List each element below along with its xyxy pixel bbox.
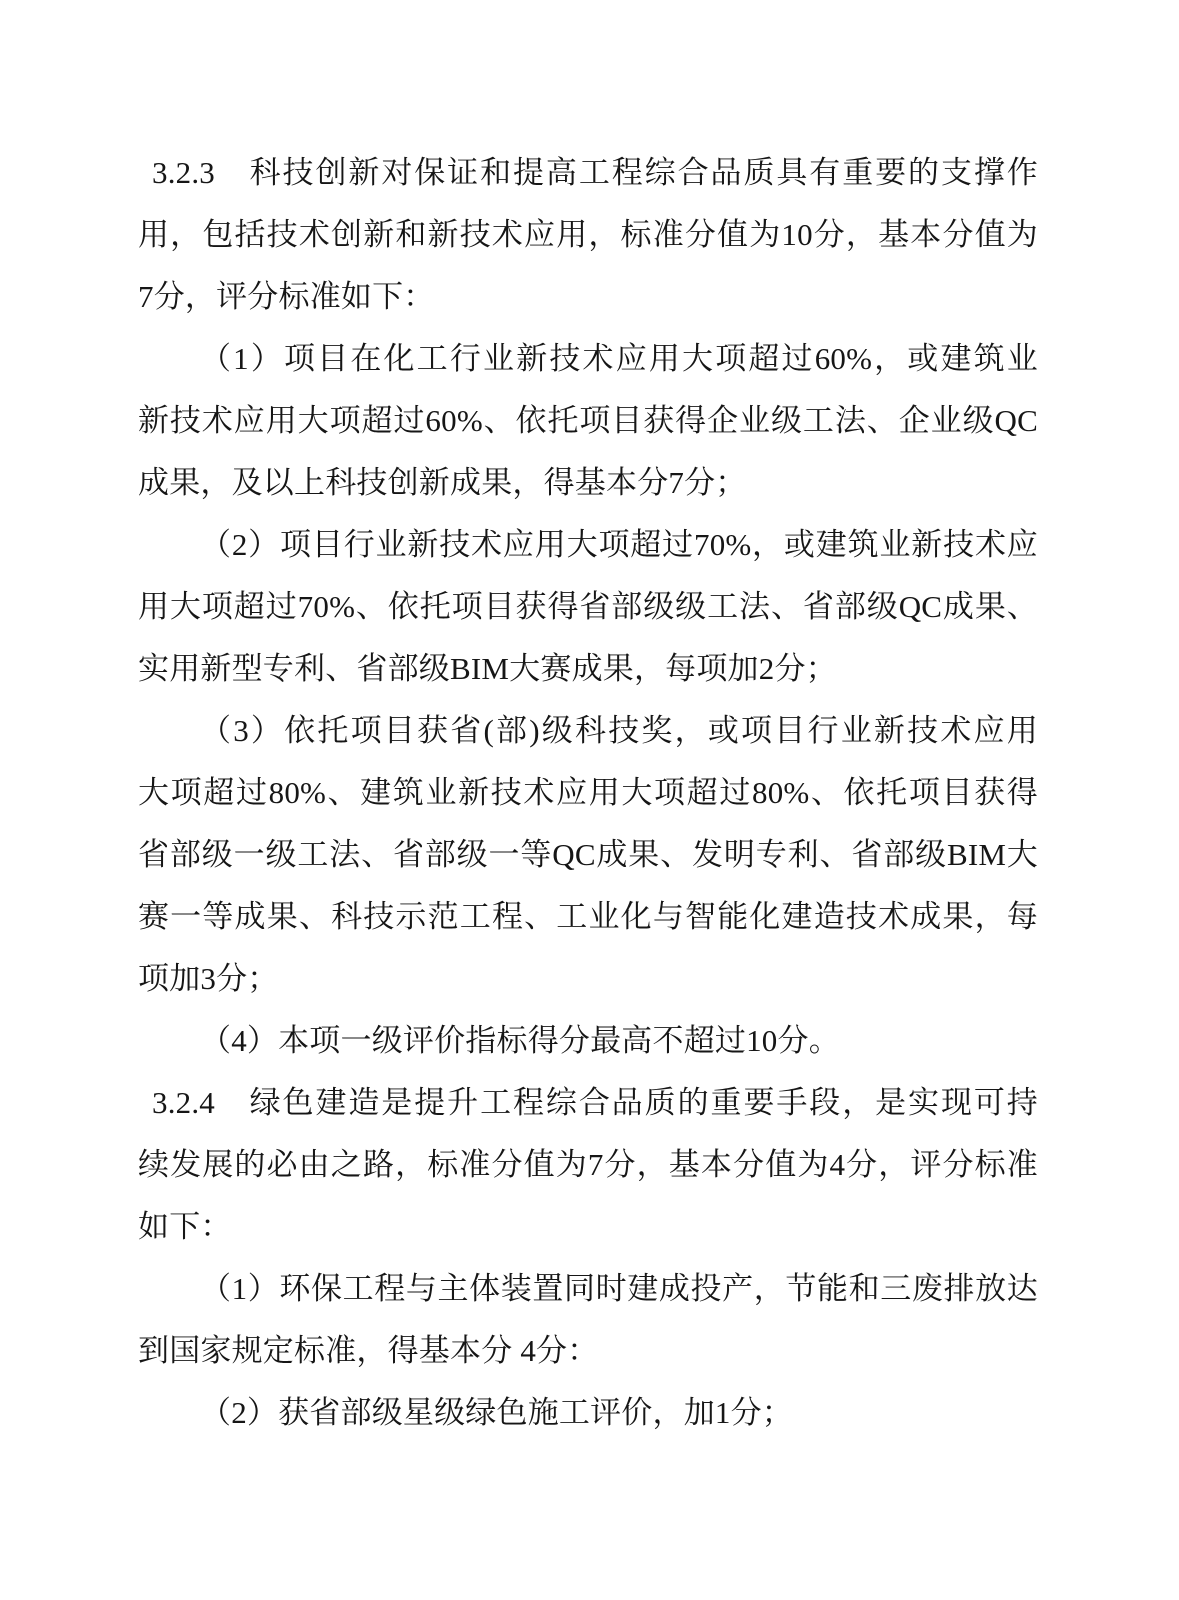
para-3-2-3-item-2: （2）项目行业新技术应用大项超过70%，或建筑业新技术应用大项超过70%、依托项… <box>138 514 1038 700</box>
text-line: 用，包括技术创新和新技术应用，标准分值为10分，基本分值为 <box>138 204 1038 266</box>
text-line: 续发展的必由之路，标准分值为7分，基本分值为4分，评分标准 <box>138 1134 1038 1196</box>
text-line: （1）项目在化工行业新技术应用大项超过60%，或建筑业 <box>138 328 1038 390</box>
para-3-2-3-item-3: （3）依托项目获省(部)级科技奖，或项目行业新技术应用大项超过80%、建筑业新技… <box>138 700 1038 1010</box>
text-line: （3）依托项目获省(部)级科技奖，或项目行业新技术应用 <box>138 700 1038 762</box>
document-page: 3.2.3 科技创新对保证和提高工程综合品质具有重要的支撑作用，包括技术创新和新… <box>0 0 1179 1600</box>
text-line: 省部级一级工法、省部级一等QC成果、发明专利、省部级BIM大 <box>138 824 1038 886</box>
document-body: 3.2.3 科技创新对保证和提高工程综合品质具有重要的支撑作用，包括技术创新和新… <box>138 142 1038 1444</box>
para-3-2-4: 3.2.4 绿色建造是提升工程综合品质的重要手段，是实现可持续发展的必由之路，标… <box>138 1072 1038 1258</box>
text-line: 3.2.4 绿色建造是提升工程综合品质的重要手段，是实现可持 <box>138 1072 1038 1134</box>
text-line: 大项超过80%、建筑业新技术应用大项超过80%、依托项目获得 <box>138 762 1038 824</box>
text-line: 3.2.3 科技创新对保证和提高工程综合品质具有重要的支撑作 <box>138 142 1038 204</box>
text-line: 用大项超过70%、依托项目获得省部级级工法、省部级QC成果、 <box>138 576 1038 638</box>
para-3-2-4-item-1: （1）环保工程与主体装置同时建成投产，节能和三废排放达到国家规定标准，得基本分 … <box>138 1258 1038 1382</box>
text-line: 新技术应用大项超过60%、依托项目获得企业级工法、企业级QC <box>138 390 1038 452</box>
para-3-2-4-item-2: （2）获省部级星级绿色施工评价，加1分； <box>138 1382 1038 1444</box>
para-3-2-3-item-1: （1）项目在化工行业新技术应用大项超过60%，或建筑业新技术应用大项超过60%、… <box>138 328 1038 514</box>
text-line: 成果，及以上科技创新成果，得基本分7分； <box>138 452 1038 514</box>
para-3-2-3: 3.2.3 科技创新对保证和提高工程综合品质具有重要的支撑作用，包括技术创新和新… <box>138 142 1038 328</box>
text-line: 实用新型专利、省部级BIM大赛成果，每项加2分； <box>138 638 1038 700</box>
text-line: 到国家规定标准，得基本分 4分： <box>138 1320 1038 1382</box>
text-line: （4）本项一级评价指标得分最高不超过10分。 <box>138 1010 1038 1072</box>
text-line: 如下： <box>138 1196 1038 1258</box>
text-line: （2）项目行业新技术应用大项超过70%，或建筑业新技术应 <box>138 514 1038 576</box>
text-line: 赛一等成果、科技示范工程、工业化与智能化建造技术成果，每 <box>138 886 1038 948</box>
text-line: （1）环保工程与主体装置同时建成投产，节能和三废排放达 <box>138 1258 1038 1320</box>
text-line: 7分，评分标准如下： <box>138 266 1038 328</box>
text-line: （2）获省部级星级绿色施工评价，加1分； <box>138 1382 1038 1444</box>
text-line: 项加3分； <box>138 948 1038 1010</box>
para-3-2-3-item-4: （4）本项一级评价指标得分最高不超过10分。 <box>138 1010 1038 1072</box>
